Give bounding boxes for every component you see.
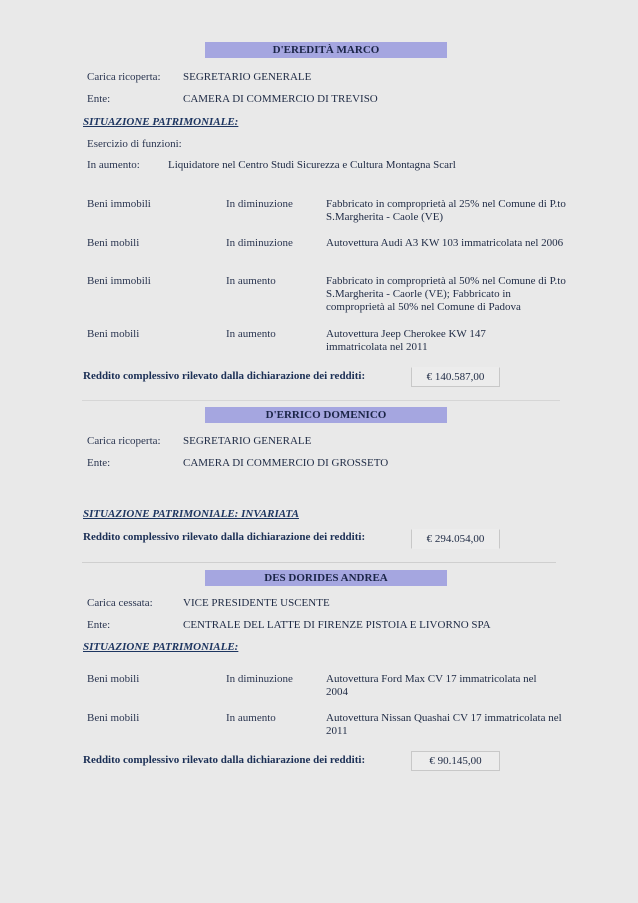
person-name-header: DES DORIDES ANDREA	[205, 570, 447, 586]
income-value: € 90.145,00	[411, 751, 500, 771]
asset-direction: In aumento	[226, 275, 276, 287]
asset-type: Beni mobili	[87, 673, 139, 685]
asset-description: Fabbricato in comproprietà al 25% nel Co…	[326, 198, 571, 224]
income-label: Reddito complessivo rilevato dalla dichi…	[83, 531, 365, 543]
asset-description: Autovettura Jeep Cherokee KW 147 immatri…	[326, 328, 506, 354]
asset-description: Autovettura Nissan Quashai CV 17 immatri…	[326, 712, 571, 738]
function-direction: In aumento:	[87, 159, 140, 171]
asset-description: Autovettura Ford Max CV 17 immatricolata…	[326, 673, 561, 699]
section-divider	[82, 562, 556, 563]
field-label-carica: Carica ricoperta:	[87, 435, 161, 447]
income-value: € 140.587,00	[411, 367, 500, 387]
field-label-ente: Ente:	[87, 93, 110, 105]
income-label: Reddito complessivo rilevato dalla dichi…	[83, 370, 365, 382]
person-name-header: D'EREDITÀ MARCO	[205, 42, 447, 58]
asset-direction: In diminuzione	[226, 673, 293, 685]
situation-title: SITUAZIONE PATRIMONIALE:	[83, 641, 238, 653]
asset-direction: In diminuzione	[226, 198, 293, 210]
field-value-ente: CAMERA DI COMMERCIO DI TREVISO	[183, 93, 378, 105]
field-label-ente: Ente:	[87, 619, 110, 631]
field-value-carica: VICE PRESIDENTE USCENTE	[183, 597, 330, 609]
section-divider	[82, 400, 560, 401]
asset-type: Beni immobili	[87, 198, 151, 210]
person-name-header: D'ERRICO DOMENICO	[205, 407, 447, 423]
functions-label: Esercizio di funzioni:	[87, 138, 182, 150]
asset-description: Autovettura Audi A3 KW 103 immatricolata…	[326, 237, 571, 250]
field-label-carica: Carica ricoperta:	[87, 71, 161, 83]
asset-direction: In diminuzione	[226, 237, 293, 249]
asset-type: Beni mobili	[87, 712, 139, 724]
asset-direction: In aumento	[226, 328, 276, 340]
asset-type: Beni mobili	[87, 328, 139, 340]
field-value-carica: SEGRETARIO GENERALE	[183, 71, 311, 83]
function-description: Liquidatore nel Centro Studi Sicurezza e…	[168, 159, 456, 171]
asset-description: Fabbricato in comproprietà al 50% nel Co…	[326, 275, 566, 314]
situation-title: SITUAZIONE PATRIMONIALE: INVARIATA	[83, 508, 299, 520]
situation-title: SITUAZIONE PATRIMONIALE:	[83, 116, 238, 128]
asset-type: Beni immobili	[87, 275, 151, 287]
income-value: € 294.054,00	[411, 529, 500, 549]
field-value-carica: SEGRETARIO GENERALE	[183, 435, 311, 447]
field-value-ente: CENTRALE DEL LATTE DI FIRENZE PISTOIA E …	[183, 619, 491, 631]
field-value-ente: CAMERA DI COMMERCIO DI GROSSETO	[183, 457, 388, 469]
asset-direction: In aumento	[226, 712, 276, 724]
asset-type: Beni mobili	[87, 237, 139, 249]
field-label-ente: Ente:	[87, 457, 110, 469]
income-label: Reddito complessivo rilevato dalla dichi…	[83, 754, 365, 766]
field-label-carica: Carica cessata:	[87, 597, 153, 609]
document-page: D'EREDITÀ MARCO Carica ricoperta: SEGRET…	[0, 0, 638, 903]
